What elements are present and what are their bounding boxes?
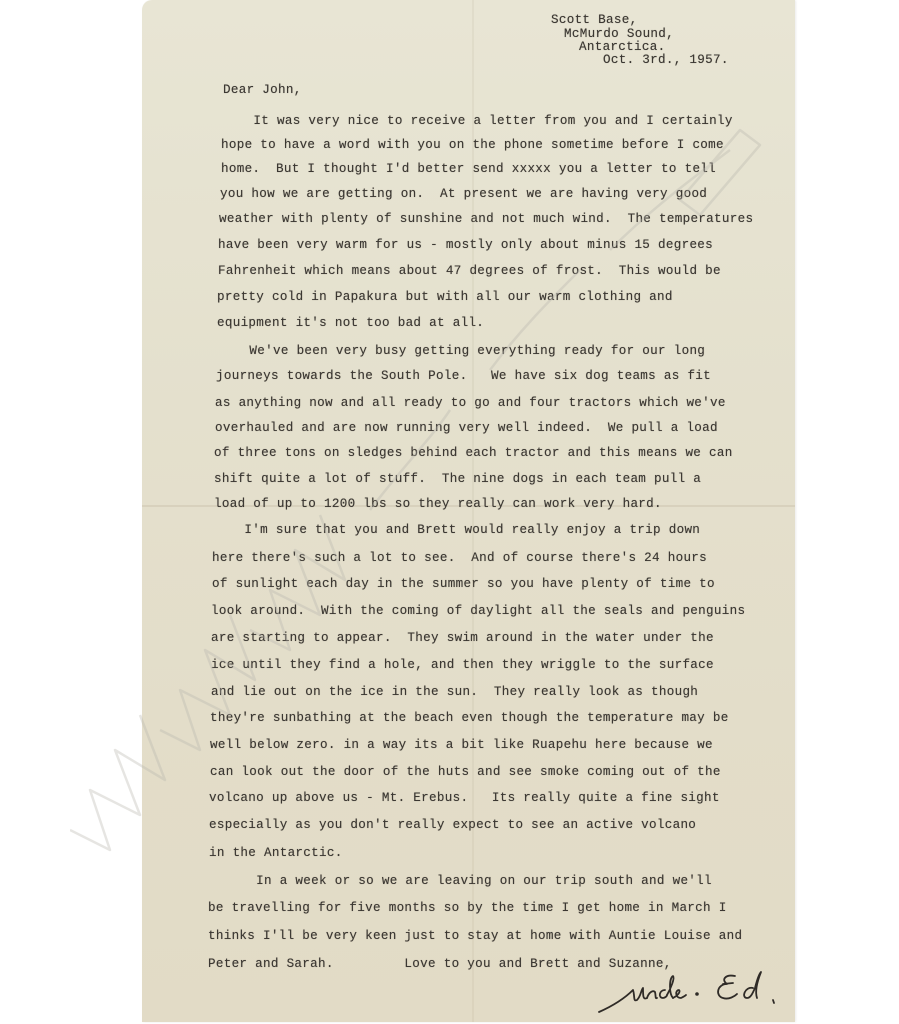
body-line: of sunlight each day in the summer so yo… xyxy=(212,577,715,591)
body-line: home. But I thought I'd better send xxxx… xyxy=(221,162,716,176)
body-line: as anything now and all ready to go and … xyxy=(215,396,726,410)
handwritten-signature xyxy=(597,968,795,1018)
body-line: volcano up above us - Mt. Erebus. Its re… xyxy=(209,791,720,805)
body-line: you how we are getting on. At present we… xyxy=(220,187,707,201)
body-line: hope to have a word with you on the phon… xyxy=(221,138,724,152)
body-line: pretty cold in Papakura but with all our… xyxy=(217,290,673,304)
body-line: shift quite a lot of stuff. The nine dog… xyxy=(214,472,701,486)
body-line: have been very warm for us - mostly only… xyxy=(218,238,713,252)
body-line: journeys towards the South Pole. We have… xyxy=(216,369,711,383)
body-line: weather with plenty of sunshine and not … xyxy=(219,212,753,226)
body-line: they're sunbathing at the beach even tho… xyxy=(210,711,729,725)
address-line-1: Scott Base, xyxy=(551,14,637,28)
body-line: Fahrenheit which means about 47 degrees … xyxy=(218,264,721,278)
body-line: can look out the door of the huts and se… xyxy=(210,765,721,779)
body-line: load of up to 1200 lbs so they really ca… xyxy=(214,497,662,511)
body-line: ice until they find a hole, and then the… xyxy=(211,658,714,672)
salutation: Dear John, xyxy=(223,83,302,97)
body-line: of three tons on sledges behind each tra… xyxy=(214,446,733,460)
body-line: equipment it's not too bad at all. xyxy=(217,316,484,330)
body-line: look around. With the coming of daylight… xyxy=(211,604,745,618)
body-line: In a week or so we are leaving on our tr… xyxy=(209,874,712,888)
body-line: thinks I'll be very keen just to stay at… xyxy=(208,929,742,943)
body-line: and lie out on the ice in the sun. They … xyxy=(211,685,698,699)
body-line: It was very nice to receive a letter fro… xyxy=(222,114,733,128)
body-line: be travelling for five months so by the … xyxy=(208,901,727,915)
body-line: in the Antarctic. xyxy=(209,846,343,860)
body-line: overhauled and are now running very well… xyxy=(215,421,718,435)
letter-date: Oct. 3rd., 1957. xyxy=(603,54,729,68)
letter-page: Scott Base, McMurdo Sound, Antarctica. O… xyxy=(142,0,795,1022)
body-line: I'm sure that you and Brett would really… xyxy=(213,523,700,537)
body-line: are starting to appear. They swim around… xyxy=(211,631,714,645)
body-line: especially as you don't really expect to… xyxy=(209,818,696,832)
body-line: We've been very busy getting everything … xyxy=(218,344,705,358)
body-line: here there's such a lot to see. And of c… xyxy=(212,551,707,565)
body-line: well below zero. in a way its a bit like… xyxy=(210,738,713,752)
